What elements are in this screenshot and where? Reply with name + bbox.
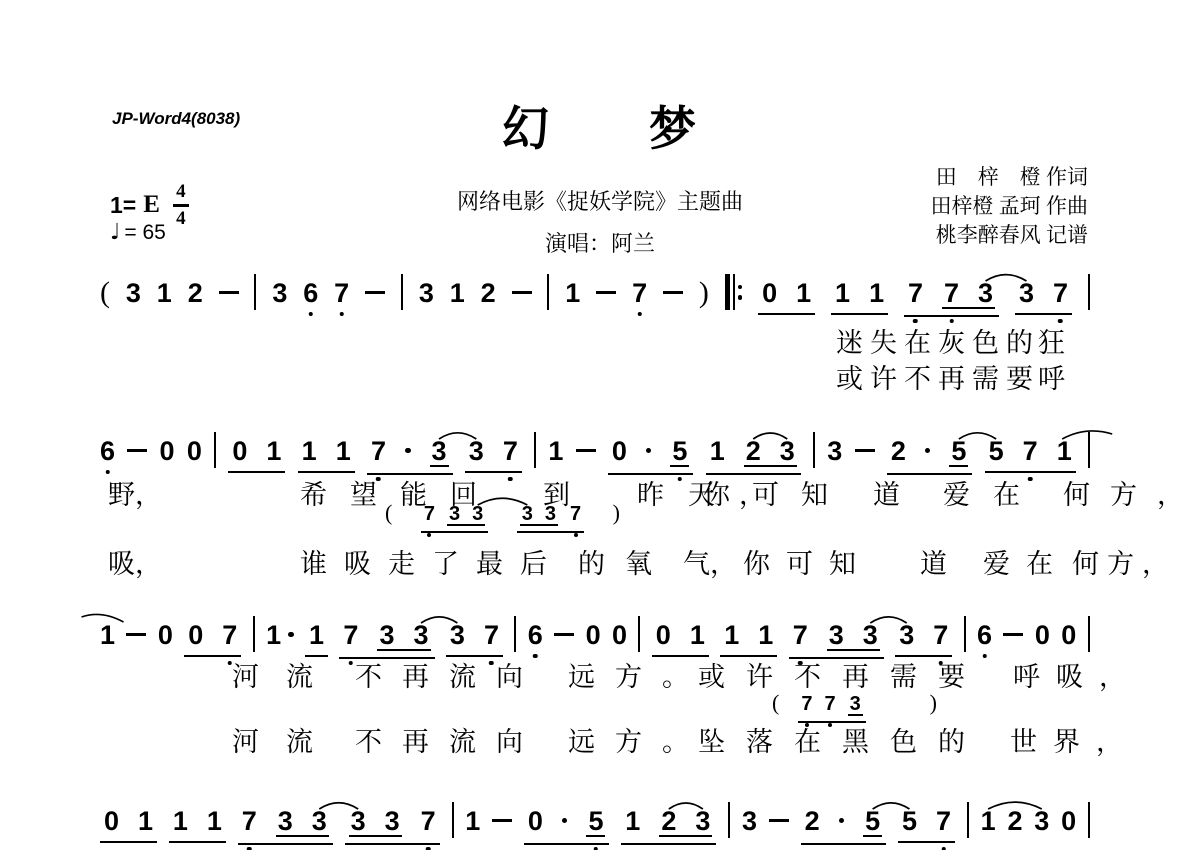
lyric-segment: 的氧 (578, 548, 672, 582)
lyric-segment: 呼吸， (1013, 661, 1142, 695)
rhythm-dot (405, 448, 411, 454)
note: 5 (902, 808, 917, 835)
note-low-octave: 7 (242, 808, 257, 835)
beam-group: 571 (985, 438, 1076, 473)
notation-line-2: 60001117337105123325571 (100, 424, 1090, 470)
duration-dash (554, 633, 574, 637)
note: 3 (1019, 280, 1034, 307)
beam-group: 337 (345, 808, 440, 845)
beam-group: 07 (184, 622, 241, 657)
repeat-thin-bar (733, 274, 735, 310)
note: 3 (863, 622, 878, 649)
note-low-octave: 7 (570, 504, 581, 524)
lyric-segment: 爱在 (983, 548, 1069, 582)
parenthesis: ) (613, 500, 620, 526)
note-low-octave: 7 (793, 622, 808, 649)
lyric-segment: 道 (873, 479, 900, 513)
note-low-octave: 7 (484, 622, 499, 649)
note: 1 (266, 438, 281, 465)
lyric-segment: 远方。 (568, 661, 709, 695)
note-low-octave: 7 (1053, 280, 1068, 307)
barline (534, 432, 536, 468)
composer-credit: 田梓橙 孟珂 作曲 (931, 192, 1089, 221)
note-low-octave: 5 (588, 808, 603, 835)
note: 5 (865, 808, 880, 835)
note: 3 (780, 438, 795, 465)
rhythm-dot (839, 818, 845, 824)
note: 1 (869, 280, 884, 307)
beam-group: 11 (169, 808, 226, 843)
note-low-octave: 7 (222, 622, 237, 649)
duration-dash (126, 633, 146, 637)
lyric-segment: 气， (683, 548, 737, 582)
note: 3 (469, 438, 484, 465)
rhythm-dot (562, 818, 568, 824)
beam-group: 25 (887, 438, 973, 475)
note: 1 (336, 438, 351, 465)
double-beam-subgroup: 3 (848, 694, 863, 716)
beam-group: 01 (652, 622, 709, 657)
beam-group: 37 (465, 438, 522, 473)
lyric-segment: 不再流向 (355, 726, 543, 760)
barline (1088, 802, 1090, 838)
note: 0 (612, 622, 627, 649)
note: 1 (465, 808, 480, 835)
barline (401, 274, 403, 310)
note-low-octave: 6 (528, 622, 543, 649)
beam-group: 11 (298, 438, 355, 473)
note: 1 (1057, 438, 1072, 465)
lyric-segment: 到 (543, 479, 570, 513)
beam-group: 05 (608, 438, 694, 475)
note: 1 (796, 280, 811, 307)
note: 3 (419, 280, 434, 307)
note: 0 (160, 438, 175, 465)
note-low-octave: 7 (936, 808, 951, 835)
note: 2 (805, 808, 820, 835)
barline (728, 802, 730, 838)
note: 3 (850, 694, 861, 714)
repeat-start-sign (725, 274, 743, 310)
note: 3 (312, 808, 327, 835)
lyric-segment: 你可知 (743, 548, 872, 582)
barline (1088, 616, 1090, 652)
duration-dash (855, 449, 875, 453)
note: 0 (232, 438, 247, 465)
lyric-segment: 迷失在灰色的 (836, 327, 1040, 361)
duration-dash (365, 291, 385, 295)
sheet-music-page: JP-Word4(8038) 幻 梦 网络电影《捉妖学院》主题曲 演唱：阿兰 1… (0, 0, 1200, 850)
double-beam-subgroup: 33 (827, 622, 880, 651)
note: 1 (302, 438, 317, 465)
note: 1 (625, 808, 640, 835)
barline (253, 616, 255, 652)
quarter-note-icon: ♩ (110, 220, 120, 245)
lyric-segment: 何方， (1063, 479, 1200, 513)
note: 0 (762, 280, 777, 307)
note: 5 (951, 438, 966, 465)
note: 3 (385, 808, 400, 835)
note: 0 (656, 622, 671, 649)
lyric-segment: 道 (920, 548, 947, 582)
note: 3 (450, 622, 465, 649)
beam-group: 37 (895, 622, 952, 657)
beam-group: 11 (720, 622, 777, 657)
note: 1 (981, 808, 996, 835)
double-beam-subgroup: 23 (744, 438, 797, 467)
lyric-segment: 不再流向 (355, 661, 543, 695)
note: 1 (835, 280, 850, 307)
note-low-octave: 7 (632, 280, 647, 307)
lyric-segment: 何方， (1072, 548, 1177, 582)
double-beam-subgroup: 5 (586, 808, 605, 837)
tempo-value: = 65 (124, 221, 165, 245)
barline (813, 432, 815, 468)
note-low-octave: 7 (824, 694, 835, 714)
beam-group: 733 (789, 622, 884, 659)
note: 3 (278, 808, 293, 835)
note: 3 (272, 280, 287, 307)
note: 1 (450, 280, 465, 307)
note: 0 (1035, 622, 1050, 649)
note: 5 (989, 438, 1004, 465)
lyric-segment: 或许不再需要 (698, 661, 986, 695)
lyric-segment: 希望能回 (300, 479, 500, 513)
note-low-octave: 6 (303, 280, 318, 307)
beam-group: 123 (706, 438, 801, 475)
lyric-segment: 呼 (1038, 363, 1065, 397)
lyricist-credit: 田 梓 橙 作词 (931, 163, 1089, 192)
duration-dash (219, 291, 239, 295)
double-beam-subgroup: 5 (949, 438, 968, 467)
barline (547, 274, 549, 310)
lyric-segment: 坠落在黑色的 (698, 726, 986, 760)
duration-dash (512, 291, 532, 295)
note: 1 (309, 622, 324, 649)
credits-block: 田 梓 橙 作词 田梓橙 孟珂 作曲 桃李醉春风 记谱 (931, 163, 1089, 250)
lyric-segment: 狂 (1038, 327, 1065, 361)
lyric-segment: 吸， (108, 548, 162, 582)
note: 3 (413, 622, 428, 649)
lyric-segment: 河流 (232, 661, 340, 695)
note: 3 (827, 438, 842, 465)
transcriber-credit: 桃李醉春风 记谱 (931, 221, 1089, 250)
beam-group: 11 (831, 280, 888, 315)
double-beam-subgroup: 33 (349, 808, 402, 837)
note: 3 (126, 280, 141, 307)
barline (1088, 274, 1090, 310)
lyric-segment: 你可知 (703, 479, 850, 513)
beam-group: 37 (1015, 280, 1072, 315)
repeat-dots (738, 274, 743, 310)
double-beam-subgroup: 33 (276, 808, 329, 837)
duration-dash (596, 291, 616, 295)
rhythm-dot (646, 448, 652, 454)
duration-dash (663, 291, 683, 295)
beam-group: 73 (367, 438, 453, 475)
note: 0 (1061, 808, 1076, 835)
lyric-segment: 或许不再需要 (836, 363, 1040, 397)
note: 3 (351, 808, 366, 835)
note: 0 (158, 622, 173, 649)
time-signature-numerator: 4 (176, 181, 186, 203)
note: 3 (742, 808, 757, 835)
duration-dash (1003, 633, 1023, 637)
note-low-octave: 7 (801, 694, 812, 714)
note: 0 (612, 438, 627, 465)
note-low-octave: 7 (933, 622, 948, 649)
note: 1 (157, 280, 172, 307)
beam-group: 773 (798, 694, 865, 723)
time-signature-denominator: 4 (176, 208, 186, 230)
note: 1 (100, 622, 115, 649)
beam-group: 25 (801, 808, 887, 845)
note: 1 (690, 622, 705, 649)
double-beam-subgroup: 73 (942, 280, 995, 309)
double-beam-subgroup: 23 (659, 808, 712, 837)
note: 3 (379, 622, 394, 649)
notation-line-4: 0111733337105123325571230 (100, 794, 1090, 840)
note: 1 (758, 622, 773, 649)
parenthesis: ( (100, 276, 110, 310)
note-low-octave: 7 (334, 280, 349, 307)
barline (1088, 432, 1090, 468)
lyric-segment: 野， (108, 479, 162, 513)
note-low-octave: 7 (908, 280, 923, 307)
double-beam-subgroup: 5 (863, 808, 882, 837)
note: 1 (207, 808, 222, 835)
note: 0 (188, 622, 203, 649)
note: 2 (481, 280, 496, 307)
barline (967, 802, 969, 838)
lyric-segment: 爱在 (943, 479, 1043, 513)
note: 0 (187, 438, 202, 465)
rhythm-dot (925, 448, 931, 454)
note: 3 (432, 438, 447, 465)
note-low-octave: 6 (100, 438, 115, 465)
note: 1 (548, 438, 563, 465)
duration-dash (127, 449, 147, 453)
note: 1 (138, 808, 153, 835)
beam-group: 733 (238, 808, 333, 845)
tempo-marking: ♩ = 65 (110, 220, 166, 245)
beam-group: 37 (446, 622, 503, 657)
note: 1 (710, 438, 725, 465)
note-low-octave: 7 (1023, 438, 1038, 465)
note: 1 (565, 280, 580, 307)
beam-group: 01 (100, 808, 157, 843)
note-low-octave: 7 (343, 622, 358, 649)
note: 2 (746, 438, 761, 465)
duration-dash (576, 449, 596, 453)
note: 2 (1007, 808, 1022, 835)
beam-group: 01 (758, 280, 815, 315)
note: 2 (891, 438, 906, 465)
note-low-octave: 7 (944, 280, 959, 307)
beam-group: 57 (898, 808, 955, 843)
lyric-segment: 远方。 (568, 726, 709, 760)
barline (254, 274, 256, 310)
note-low-octave: 7 (371, 438, 386, 465)
note: 2 (661, 808, 676, 835)
barline (638, 616, 640, 652)
double-beam-subgroup: 5 (670, 438, 689, 467)
repeat-thick-bar (725, 274, 730, 310)
lyric-segment: 河流 (232, 726, 340, 760)
double-beam-subgroup: 3 (430, 438, 449, 467)
note: 1 (724, 622, 739, 649)
note: 0 (586, 622, 601, 649)
note: 0 (104, 808, 119, 835)
barline (514, 616, 516, 652)
note: 0 (528, 808, 543, 835)
duration-dash (769, 819, 789, 823)
key-letter: E (143, 191, 160, 219)
beam-group: 773 (904, 280, 999, 317)
song-title: 幻 梦 (0, 92, 1200, 159)
duration-dash (492, 819, 512, 823)
rhythm-dot (288, 632, 294, 638)
beam-group: 123 (621, 808, 716, 845)
notation-line-1: (31236731217)011177337 (100, 266, 1090, 312)
ornament-notation-2: (773) (772, 690, 937, 726)
notation-line-3: 10071173337600011173337600 (100, 608, 1090, 654)
note-low-octave: 5 (672, 438, 687, 465)
barline (214, 432, 216, 468)
note: 3 (695, 808, 710, 835)
lyric-segment: 世界， (1010, 726, 1139, 760)
note-low-octave: 6 (977, 622, 992, 649)
key-prefix: 1= (110, 192, 136, 219)
note-low-octave: 7 (503, 438, 518, 465)
note: 3 (829, 622, 844, 649)
time-signature: 4 4 (173, 181, 189, 230)
double-beam-subgroup: 33 (377, 622, 430, 651)
note-low-octave: 7 (421, 808, 436, 835)
beam-group: 05 (524, 808, 610, 845)
note: 3 (899, 622, 914, 649)
barline (964, 616, 966, 652)
note: 3 (1034, 808, 1049, 835)
note: 3 (978, 280, 993, 307)
beam-group: 733 (339, 622, 434, 659)
beam-group: 1 (305, 622, 328, 657)
barline (452, 802, 454, 838)
note: 3 (522, 504, 533, 524)
note: 2 (188, 280, 203, 307)
lyric-segment: 谁吸走了最后 (300, 548, 564, 582)
note: 1 (266, 622, 294, 649)
beam-group: 01 (228, 438, 285, 473)
note: 0 (1061, 622, 1076, 649)
parenthesis: ) (699, 276, 709, 310)
time-signature-bar (173, 204, 189, 207)
note: 1 (173, 808, 188, 835)
